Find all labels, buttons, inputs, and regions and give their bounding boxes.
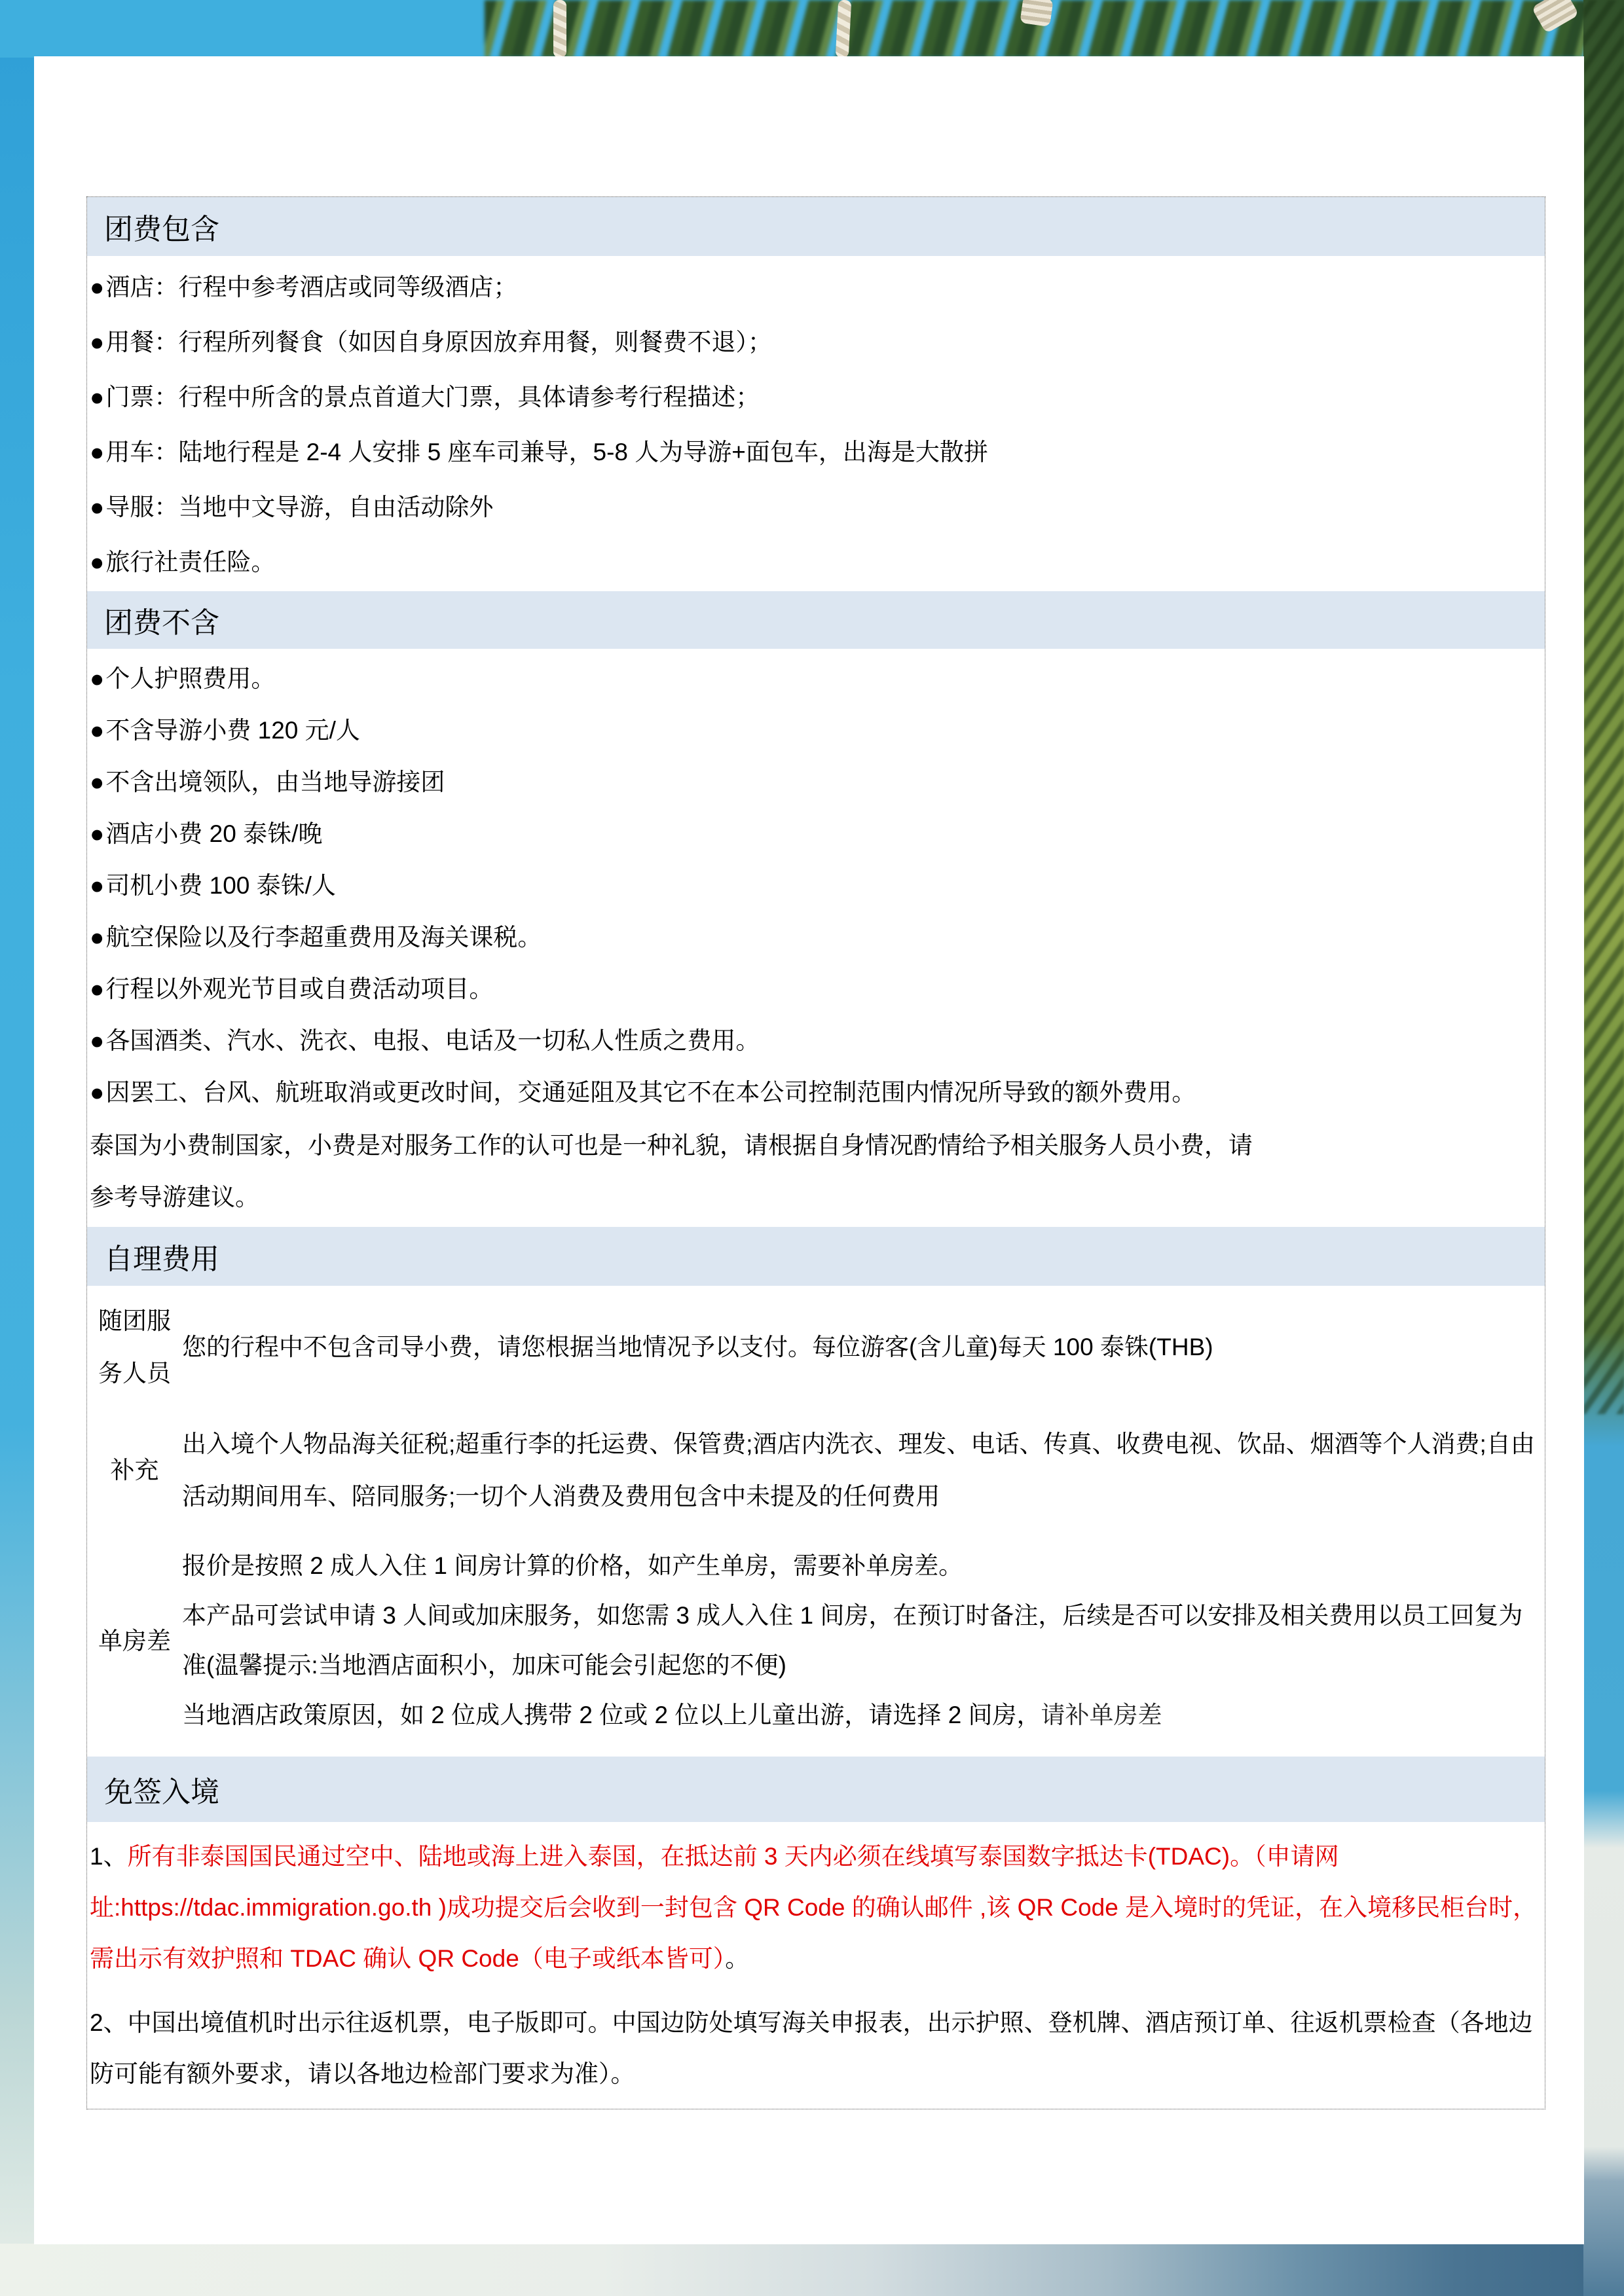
list-item: 不含导游小费 120 元/人: [90, 704, 1538, 756]
list-item-text: 因罢工、台风、航班取消或更改时间，交通延阻及其它不在本公司控制范围内情况所导致的…: [105, 1079, 1196, 1106]
single-room-p3: 当地酒店政策原因，如 2 位成人携带 2 位或 2 位以上儿童出游，请选择 2 …: [182, 1690, 1538, 1741]
fee-excluded-list: 个人护照费用。 不含导游小费 120 元/人 不含出境领队，由当地导游接团 酒店…: [87, 649, 1545, 1120]
list-item: 不含出境领队，由当地导游接团: [90, 756, 1538, 808]
list-item-text: 导服：当地中文导游，自由活动除外: [105, 494, 493, 520]
section-header-selfpay: 自理费用: [87, 1227, 1545, 1286]
bullet-icon: [90, 1079, 105, 1106]
section-title: 免签入境: [104, 1768, 219, 1810]
list-item-text: 航空保险以及行李超重费用及海关课税。: [105, 924, 542, 951]
bullet-icon: [90, 439, 105, 465]
visa-note-1-number: 1、: [90, 1843, 128, 1870]
list-item-text: 用车：陆地行程是 2-4 人安排 5 座车司兼导，5-8 人为导游+面包车，出海…: [105, 439, 988, 465]
tipping-note-line2: 参考导游建议。: [90, 1184, 259, 1211]
row-text: 报价是按照 2 成人入住 1 间房计算的价格，如产生单房，需要补单房差。 本产品…: [182, 1541, 1545, 1741]
bullet-icon: [90, 329, 105, 355]
row-text: 您的行程中不包含司导小费，请您根据当地情况予以支付。每位游客(含儿童)每天 10…: [182, 1321, 1545, 1374]
list-item-text: 门票：行程中所含的景点首道大门票，具体请参考行程描述；: [105, 384, 760, 410]
visa-note-1: 1、所有非泰国国民通过空中、陆地或海上进入泰国，在抵达前 3 天内必须在线填写泰…: [87, 1822, 1545, 1988]
list-item-text: 各国酒类、汽水、洗衣、电报、电话及一切私人性质之费用。: [105, 1027, 760, 1054]
travel-itinerary-page: { "colors": { "header_band": "#dce6f1", …: [0, 0, 1624, 2296]
single-room-p3-note: 请补单房差: [1041, 1702, 1162, 1729]
bullet-icon: [90, 384, 105, 410]
row-label: 单房差: [87, 1615, 182, 1667]
row-label: 随团服务人员: [87, 1295, 182, 1400]
beach-water-strip-bottom: [0, 2244, 1583, 2296]
list-item: 各国酒类、汽水、洗衣、电报、电话及一切私人性质之费用。: [90, 1015, 1538, 1066]
single-room-p3-main: 当地酒店政策原因，如 2 位成人携带 2 位或 2 位以上儿童出游，请选择 2 …: [182, 1702, 1041, 1728]
hammock-rope: [553, 0, 566, 58]
tour-fee-table: 团费包含 酒店：行程中参考酒店或同等级酒店； 用餐：行程所列餐食（如因自身原因放…: [86, 196, 1545, 2109]
list-item: 门票：行程中所含的景点首道大门票，具体请参考行程描述；: [90, 370, 1538, 425]
bullet-icon: [90, 717, 105, 744]
bullet-icon: [90, 665, 105, 692]
list-item: 司机小费 100 泰铢/人: [90, 860, 1538, 911]
document-page: 团费包含 酒店：行程中参考酒店或同等级酒店； 用餐：行程所列餐食（如因自身原因放…: [34, 56, 1584, 2244]
bullet-icon: [90, 820, 105, 847]
list-item: 酒店小费 20 泰铢/晚: [90, 808, 1538, 860]
visa-note-1-alert-text: 所有非泰国国民通过空中、陆地或海上进入泰国，在抵达前 3 天内必须在线填写泰国数…: [90, 1843, 1537, 1972]
bullet-icon: [90, 872, 105, 899]
list-item: 旅行社责任险。: [90, 535, 1538, 590]
row-label: 补充: [87, 1444, 182, 1497]
bullet-icon: [90, 1027, 105, 1054]
list-item-text: 不含导游小费 120 元/人: [105, 717, 360, 744]
list-item-text: 酒店小费 20 泰铢/晚: [105, 820, 322, 847]
list-item: 行程以外观光节目或自费活动项目。: [90, 963, 1538, 1015]
list-item-text: 司机小费 100 泰铢/人: [105, 872, 336, 899]
section-title: 团费不含: [104, 599, 219, 641]
fee-included-list: 酒店：行程中参考酒店或同等级酒店； 用餐：行程所列餐食（如因自身原因放弃用餐，则…: [87, 256, 1545, 591]
section-header-fee-excluded: 团费不含: [87, 591, 1545, 649]
tipping-note-line1: 泰国为小费制国家，小费是对服务工作的认可也是一种礼貌，请根据自身情况酌情给予相关…: [90, 1132, 1253, 1159]
list-item: 因罢工、台风、航班取消或更改时间，交通延阻及其它不在本公司控制范围内情况所导致的…: [90, 1066, 1538, 1118]
bullet-icon: [90, 924, 105, 951]
list-item: 酒店：行程中参考酒店或同等级酒店；: [90, 260, 1538, 315]
single-room-p1: 报价是按照 2 成人入住 1 间房计算的价格，如产生单房，需要补单房差。: [182, 1541, 1538, 1591]
list-item-text: 不含出境领队，由当地导游接团: [105, 769, 445, 795]
single-room-p2: 本产品可尝试申请 3 人间或加床服务，如您需 3 成人入住 1 间房，在预订时备…: [182, 1591, 1538, 1690]
list-item: 用车：陆地行程是 2-4 人安排 5 座车司兼导，5-8 人为导游+面包车，出海…: [90, 425, 1538, 480]
bullet-icon: [90, 494, 105, 520]
palm-leaves-top: [485, 0, 1624, 58]
list-item: 航空保险以及行李超重费用及海关课税。: [90, 911, 1538, 963]
row-text: 出入境个人物品海关征税;超重行李的托运费、保管费;酒店内洗衣、理发、电话、传真、…: [182, 1418, 1545, 1523]
rope-knot: [1020, 0, 1053, 27]
selfpay-row-single-room: 单房差 报价是按照 2 成人入住 1 间房计算的价格，如产生单房，需要补单房差。…: [87, 1532, 1545, 1750]
bullet-icon: [90, 975, 105, 1002]
list-item-text: 用餐：行程所列餐食（如因自身原因放弃用餐，则餐费不退）；: [105, 329, 772, 355]
list-item-text: 个人护照费用。: [105, 665, 275, 692]
section-title: 团费包含: [104, 206, 219, 247]
list-item-text: 行程以外观光节目或自费活动项目。: [105, 975, 493, 1002]
section-header-fee-included: 团费包含: [87, 197, 1545, 256]
bullet-icon: [90, 549, 105, 575]
section-header-visa-free-entry: 免签入境: [87, 1757, 1545, 1822]
visa-note-1-period: 。: [725, 1945, 749, 1972]
list-item-text: 旅行社责任险。: [105, 549, 275, 575]
list-item: 个人护照费用。: [90, 653, 1538, 704]
tipping-note: 泰国为小费制国家，小费是对服务工作的认可也是一种礼貌，请根据自身情况酌情给予相关…: [87, 1120, 1545, 1227]
bullet-icon: [90, 274, 105, 301]
list-item: 用餐：行程所列餐食（如因自身原因放弃用餐，则餐费不退）；: [90, 315, 1538, 370]
palm-leaves-right: [1583, 0, 1624, 1414]
list-item-text: 酒店：行程中参考酒店或同等级酒店；: [105, 274, 517, 301]
selfpay-row-supplement: 补充 出入境个人物品海关征税;超重行李的托运费、保管费;酒店内洗衣、理发、电话、…: [87, 1409, 1545, 1532]
list-item: 导服：当地中文导游，自由活动除外: [90, 480, 1538, 535]
bullet-icon: [90, 769, 105, 795]
visa-note-2: 2、中国出境值机时出示往返机票，电子版即可。中国边防处填写海关申报表，出示护照、…: [87, 1988, 1545, 2109]
selfpay-row-crew: 随团服务人员 您的行程中不包含司导小费，请您根据当地情况予以支付。每位游客(含儿…: [87, 1286, 1545, 1409]
section-title: 自理费用: [104, 1235, 219, 1277]
